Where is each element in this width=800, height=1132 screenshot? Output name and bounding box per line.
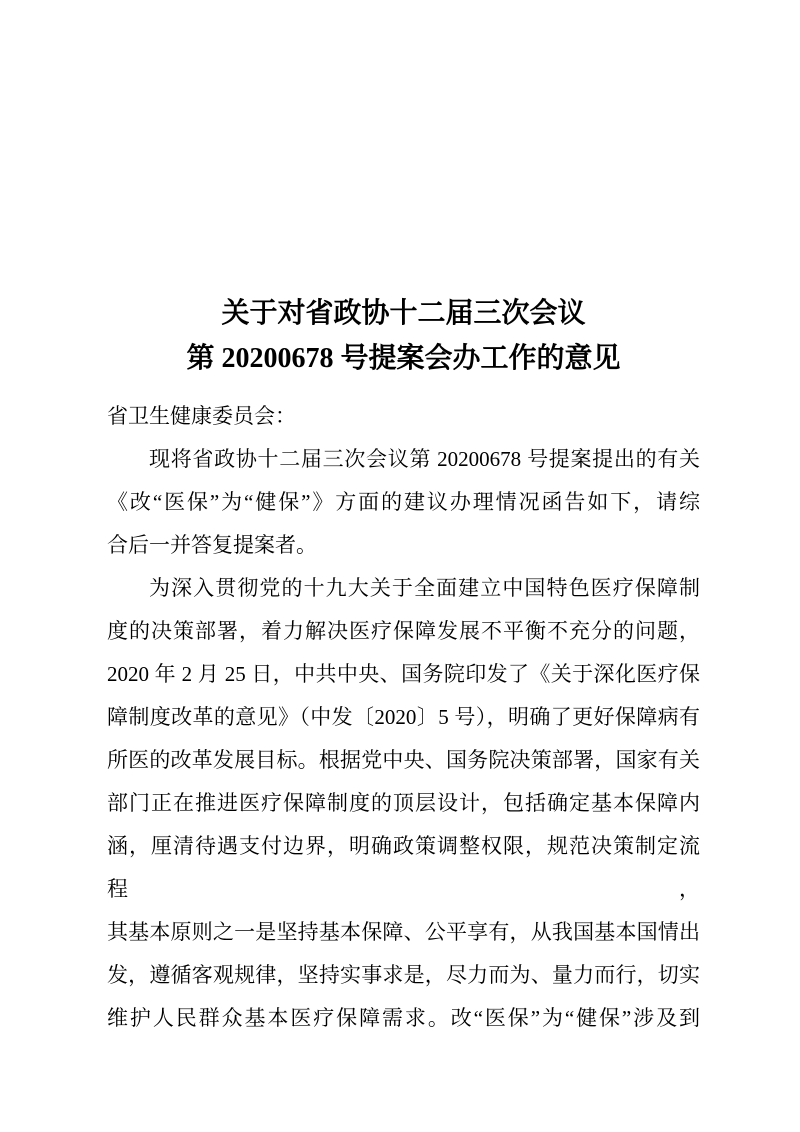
document-title-line-1: 关于对省政协十二届三次会议 <box>107 291 700 336</box>
body-line: 其基本原则之一是坚持基本保障、公平享有，从我国基本国情出 <box>107 911 700 954</box>
body-line: 所医的改革发展目标。根据党中央、国务院决策部署，国家有关 <box>107 739 700 782</box>
body-line: 2020 年 2 月 25 日，中共中央、国务院印发了《关于深化医疗保 <box>107 653 700 696</box>
paragraph-2: 为深入贯彻党的十九大关于全面建立中国特色医疗保障制 度的决策部署，着力解决医疗保… <box>107 567 700 1040</box>
body-line: 度的决策部署，着力解决医疗保障发展不平衡不充分的问题， <box>107 610 700 653</box>
body-line: 现将省政协十二届三次会议第 20200678 号提案提出的有关 <box>107 438 700 481</box>
body-line: 《改“医保”为“健保”》方面的建议办理情况函告如下，请综 <box>107 481 700 524</box>
document-title-line-2: 第 20200678 号提案会办工作的意见 <box>107 336 700 381</box>
body-line: 涵，厘清待遇支付边界，明确政策调整权限，规范决策制定流程， <box>107 825 700 911</box>
document-body: 省卫生健康委员会： 现将省政协十二届三次会议第 20200678 号提案提出的有… <box>107 395 700 1040</box>
salutation-line: 省卫生健康委员会： <box>107 395 700 438</box>
body-line: 障制度改革的意见》（中发〔2020〕5 号），明确了更好保障病有 <box>107 696 700 739</box>
document-title: 关于对省政协十二届三次会议 第 20200678 号提案会办工作的意见 <box>107 291 700 381</box>
document-page: 关于对省政协十二届三次会议 第 20200678 号提案会办工作的意见 省卫生健… <box>0 0 800 1132</box>
body-line: 为深入贯彻党的十九大关于全面建立中国特色医疗保障制 <box>107 567 700 610</box>
body-line: 维护人民群众基本医疗保障需求。改“医保”为“健保”涉及到 <box>107 997 700 1040</box>
body-line: 发，遵循客观规律，坚持实事求是，尽力而为、量力而行，切实 <box>107 954 700 997</box>
body-line: 部门正在推进医疗保障制度的顶层设计，包括确定基本保障内 <box>107 782 700 825</box>
paragraph-1: 现将省政协十二届三次会议第 20200678 号提案提出的有关 《改“医保”为“… <box>107 438 700 567</box>
body-line: 合后一并答复提案者。 <box>107 524 700 567</box>
